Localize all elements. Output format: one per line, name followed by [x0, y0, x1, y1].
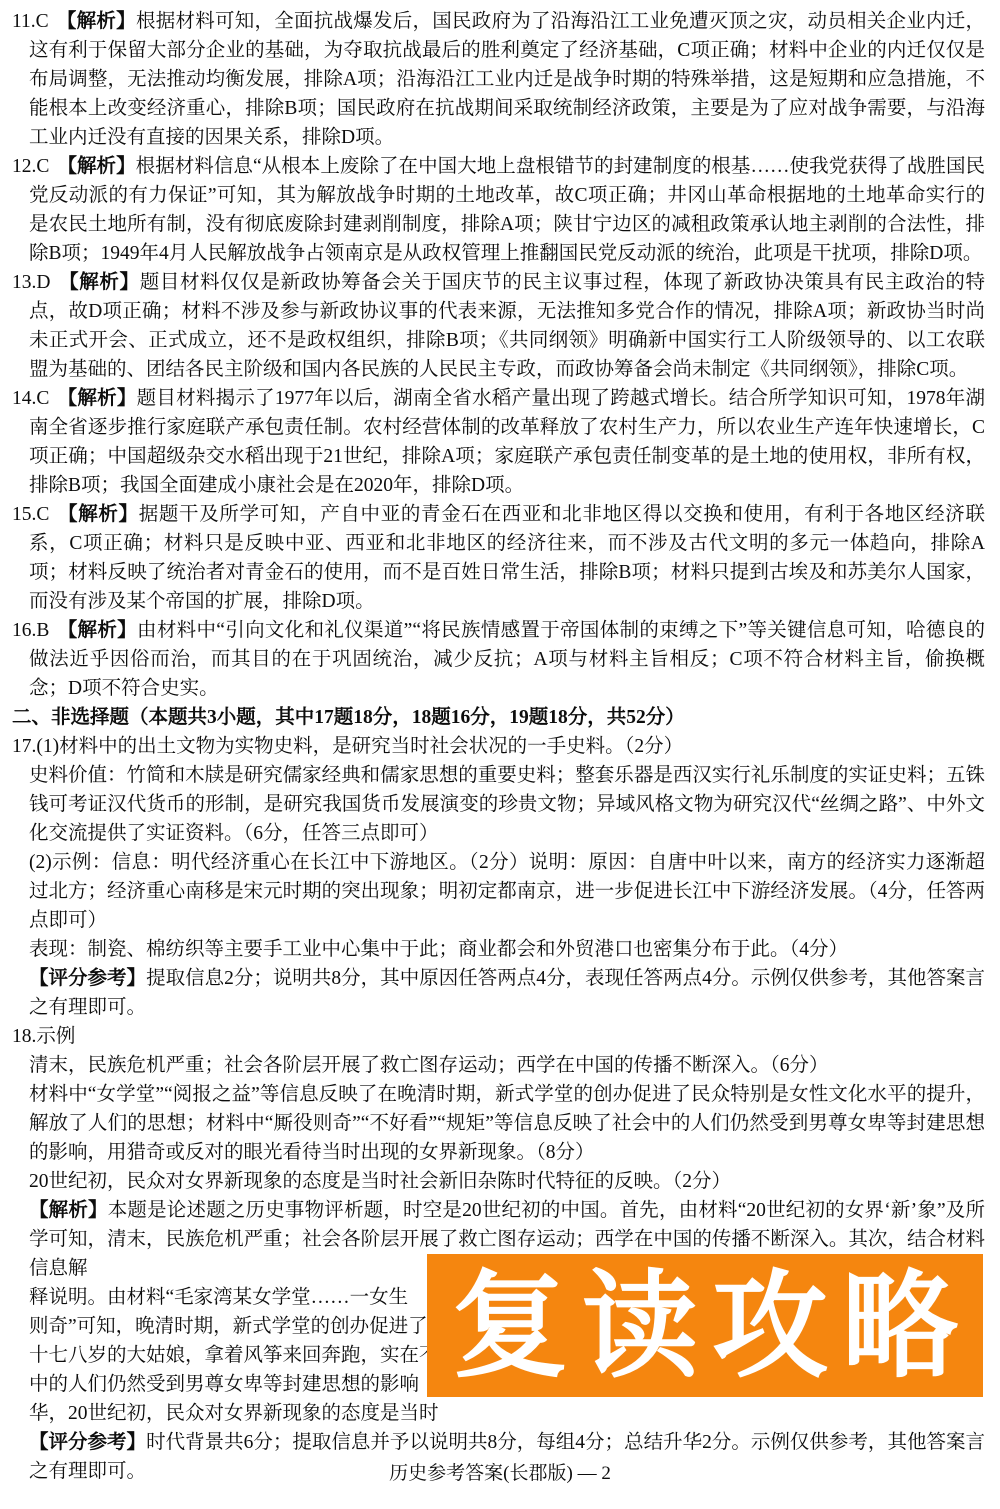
analysis-label: 【解析】 — [57, 156, 135, 177]
answer-paragraph: 14.C【解析】题目材料揭示了1977年以后，湖南全省水稻产量出现了跨越式增长。… — [12, 384, 985, 500]
item-number: 15.C — [12, 504, 49, 525]
analysis-label: 【评分参考】 — [29, 968, 146, 989]
answer-paragraph: 清末，民族危机严重；社会各阶层开展了救亡图存运动；西学在中国的传播不断深入。（6… — [12, 1051, 985, 1080]
item-number: 16.B — [12, 620, 49, 641]
item-number: 17. — [12, 736, 36, 757]
analysis-label: 【解析】 — [57, 504, 138, 525]
answer-paragraph: 11.C【解析】根据材料可知，全面抗战爆发后，国民政府为了沿海沿江工业免遭灭顶之… — [12, 7, 985, 152]
paragraph-text: 据题干及所学可知，产自中亚的青金石在西亚和北非地区得以交换和使用，有利于各地区经… — [29, 504, 985, 612]
item-number: 11.C — [12, 11, 49, 32]
analysis-label: 【解析】 — [29, 1200, 108, 1221]
page-footer: 历史参考答案(长郡版) — 2 — [0, 1458, 1000, 1485]
answer-paragraph: 二、非选择题（本题共3小题，其中17题18分，18题16分，19题18分，共52… — [12, 703, 985, 732]
answer-paragraph: 12.C【解析】根据材料信息“从根本上废除了在中国大地上盘根错节的封建制度的根基… — [12, 152, 985, 268]
watermark-text: 复读攻略 — [452, 1268, 972, 1384]
analysis-label: 【解析】 — [57, 388, 136, 409]
analysis-label: 【评分参考】 — [29, 1432, 146, 1453]
paragraph-text: 根据材料信息“从根本上废除了在中国大地上盘根错节的封建制度的根基……使我党获得了… — [29, 156, 985, 264]
paragraph-text: (1)材料中的出土文物为实物史料，是研究当时社会状况的一手史料。（2分） — [36, 736, 683, 757]
analysis-label: 【解析】 — [57, 11, 136, 32]
answer-paragraph: 表现：制瓷、棉纺织等主要手工业中心集中于此；商业都会和外贸港口也密集分布于此。（… — [12, 935, 985, 964]
paragraph-text: 题目材料揭示了1977年以后，湖南全省水稻产量出现了跨越式增长。结合所学知识可知… — [29, 388, 985, 496]
paragraph-text: 根据材料可知，全面抗战爆发后，国民政府为了沿海沿江工业免遭灭顶之灾，动员相关企业… — [29, 11, 985, 148]
paragraph-text: 20世纪初，民众对女界新现象的态度是当时社会新旧杂陈时代特征的反映。（2分） — [29, 1171, 731, 1192]
answer-paragraph: 【评分参考】提取信息2分；说明共8分，其中原因任答两点4分，表现任答两点4分。示… — [12, 964, 985, 1022]
answer-paragraph: 17.(1)材料中的出土文物为实物史料，是研究当时社会状况的一手史料。（2分） — [12, 732, 985, 761]
answer-paragraph: 材料中“女学堂”“阅报之益”等信息反映了在晚清时期，新式学堂的创办促进了民众特别… — [12, 1080, 985, 1167]
paragraph-text: 材料中“女学堂”“阅报之益”等信息反映了在晚清时期，新式学堂的创办促进了民众特别… — [29, 1084, 985, 1163]
paragraph-text: 提取信息2分；说明共8分，其中原因任答两点4分，表现任答两点4分。示例仅供参考，… — [29, 968, 985, 1018]
answer-paragraph: 13.D【解析】题目材料仅仅是新政协筹备会关于国庆节的民主议事过程，体现了新政协… — [12, 268, 985, 384]
answer-paragraph: 18.示例 — [12, 1022, 985, 1051]
covered-line-fragment: 华，20世纪初，民众对女界新现象的态度是当时 — [29, 1399, 985, 1428]
answer-paragraph: (2)示例：信息：明代经济重心在长江中下游地区。（2分）说明：原因：自唐中叶以来… — [12, 848, 985, 935]
analysis-label: 【解析】 — [58, 272, 139, 293]
item-number: 14.C — [12, 388, 49, 409]
analysis-label: 【解析】 — [57, 620, 137, 641]
paragraph-text: (2)示例：信息：明代经济重心在长江中下游地区。（2分）说明：原因：自唐中叶以来… — [29, 852, 985, 931]
paragraph-text: 史料价值：竹简和木牍是研究儒家经典和儒家思想的重要史料；整套乐器是西汉实行礼乐制… — [29, 765, 985, 844]
item-number: 13.D — [12, 272, 50, 293]
answer-paragraph: 史料价值：竹简和木牍是研究儒家经典和儒家思想的重要史料；整套乐器是西汉实行礼乐制… — [12, 761, 985, 848]
paragraph-text: 由材料中“引向文化和礼仪渠道”“将民族情感置于帝国体制的束缚之下”等关键信息可知… — [29, 620, 985, 699]
item-number: 18. — [12, 1026, 36, 1047]
answer-paragraph: 16.B【解析】由材料中“引向文化和礼仪渠道”“将民族情感置于帝国体制的束缚之下… — [12, 616, 985, 703]
answer-paragraph: 20世纪初，民众对女界新现象的态度是当时社会新旧杂陈时代特征的反映。（2分） — [12, 1167, 985, 1196]
paragraph-text: 表现：制瓷、棉纺织等主要手工业中心集中于此；商业都会和外贸港口也密集分布于此。（… — [29, 939, 848, 960]
paragraph-text: 清末，民族危机严重；社会各阶层开展了救亡图存运动；西学在中国的传播不断深入。（6… — [29, 1055, 829, 1076]
paragraph-text: 二、非选择题（本题共3小题，其中17题18分，18题16分，19题18分，共52… — [12, 707, 685, 728]
watermark-banner: 复读攻略 — [427, 1254, 983, 1397]
item-number: 12.C — [12, 156, 49, 177]
paragraph-text: 题目材料仅仅是新政协筹备会关于国庆节的民主议事过程，体现了新政协决策具有民主政治… — [29, 272, 985, 380]
answer-paragraph: 15.C【解析】据题干及所学可知，产自中亚的青金石在西亚和北非地区得以交换和使用… — [12, 500, 985, 616]
paragraph-text: 示例 — [36, 1026, 75, 1047]
